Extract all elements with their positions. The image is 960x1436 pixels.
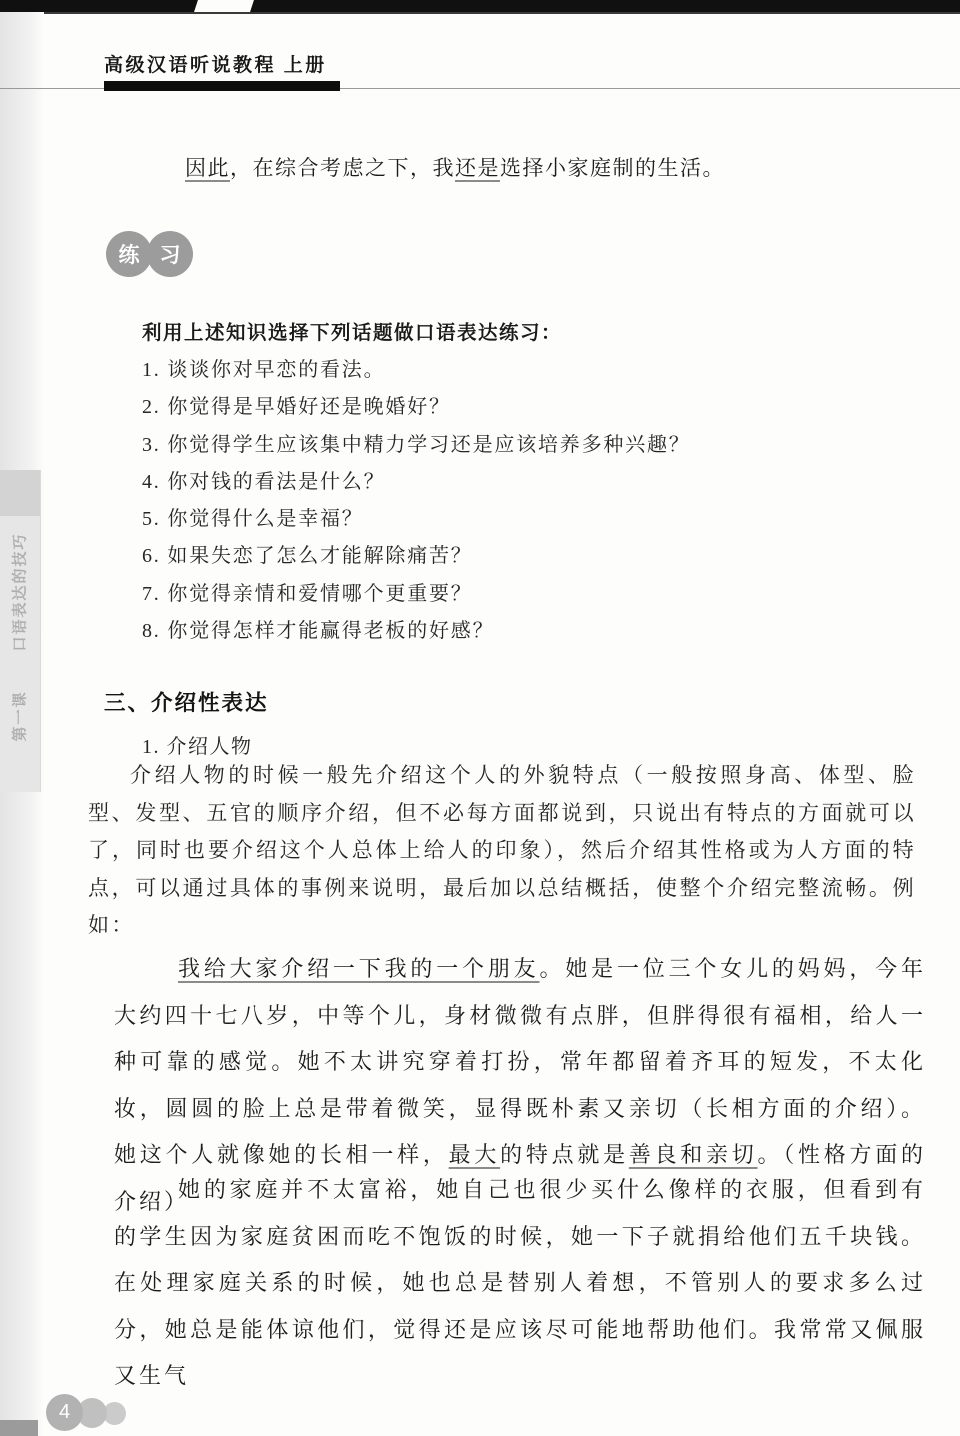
book-title-header: 高级汉语听说教程 上册 [104, 50, 327, 77]
example-text: 。她是一位三个女儿的妈妈，今年大约四十七八岁，中等个儿，身材微微有点胖，但胖得很… [114, 957, 926, 1168]
page-number: 4 [59, 1401, 70, 1424]
underlined-phrase: 最大 [449, 1143, 500, 1168]
practice-topic-item: 5. 你觉得什么是幸福？ [142, 501, 842, 538]
scan-top-bar [0, 0, 960, 14]
underlined-phrase: 因此 [185, 156, 230, 180]
page-number-badge: 4 [46, 1394, 83, 1431]
example-text: 的特点就是 [500, 1143, 629, 1168]
section-body-paragraph: 介绍人物的时候一般先介绍这个人的外貌特点（一般按照身高、体型、脸型、发型、五官的… [88, 757, 916, 945]
example-paragraph-2: 她的家庭并不太富裕，她自己也很少买什么像样的衣服，但看到有的学生因为家庭贫困而吃… [114, 1168, 926, 1401]
practice-topic-item: 7. 你觉得亲情和爱情哪个更重要？ [142, 576, 842, 613]
underlined-phrase: 善良和亲切 [629, 1143, 758, 1168]
chapter-side-tab-cap [0, 470, 40, 516]
scan-top-notch [194, 0, 254, 12]
practice-topic-list: 1. 谈谈你对早恋的看法。 2. 你觉得是早婚好还是晚婚好？ 3. 你觉得学生应… [142, 352, 842, 650]
scan-bottom-left-mark [0, 1420, 38, 1436]
practice-instruction: 利用上述知识选择下列话题做口语表达练习： [142, 317, 562, 345]
exercise-badge-icon: 练 [106, 231, 152, 277]
practice-topic-item: 8. 你觉得怎样才能赢得老板的好感？ [142, 613, 842, 650]
practice-topic-item: 1. 谈谈你对早恋的看法。 [142, 352, 842, 389]
practice-topic-item: 2. 你觉得是早婚好还是晚婚好？ [142, 389, 842, 426]
practice-topic-item: 4. 你对钱的看法是什么？ [142, 464, 842, 501]
practice-topic-item: 6. 如果失恋了怎么才能解除痛苦？ [142, 538, 842, 575]
conclusion-sentence: 因此，在综合考虑之下，我还是选择小家庭制的生活。 [185, 152, 725, 182]
chapter-tab-topic: 口语表达的技巧 [9, 532, 30, 651]
section-heading: 三、介绍性表达 [104, 686, 269, 717]
section-subheading: 1. 介绍人物 [142, 730, 253, 759]
underlined-phrase: 我给大家介绍一下我的一个朋友 [178, 957, 540, 982]
sentence-text: 选择小家庭制的生活。 [500, 156, 725, 180]
exercise-badge-char: 练 [119, 239, 140, 269]
practice-topic-item: 3. 你觉得学生应该集中精力学习还是应该培养多种兴趣？ [142, 427, 842, 464]
header-black-bar [104, 81, 340, 91]
underlined-phrase: 还是 [455, 156, 500, 180]
chapter-tab-lesson: 第一课 [9, 690, 30, 741]
exercise-badge-icon: 习 [147, 231, 193, 277]
sentence-text: ，在综合考虑之下，我 [230, 156, 455, 180]
exercise-badge-char: 习 [160, 239, 181, 269]
